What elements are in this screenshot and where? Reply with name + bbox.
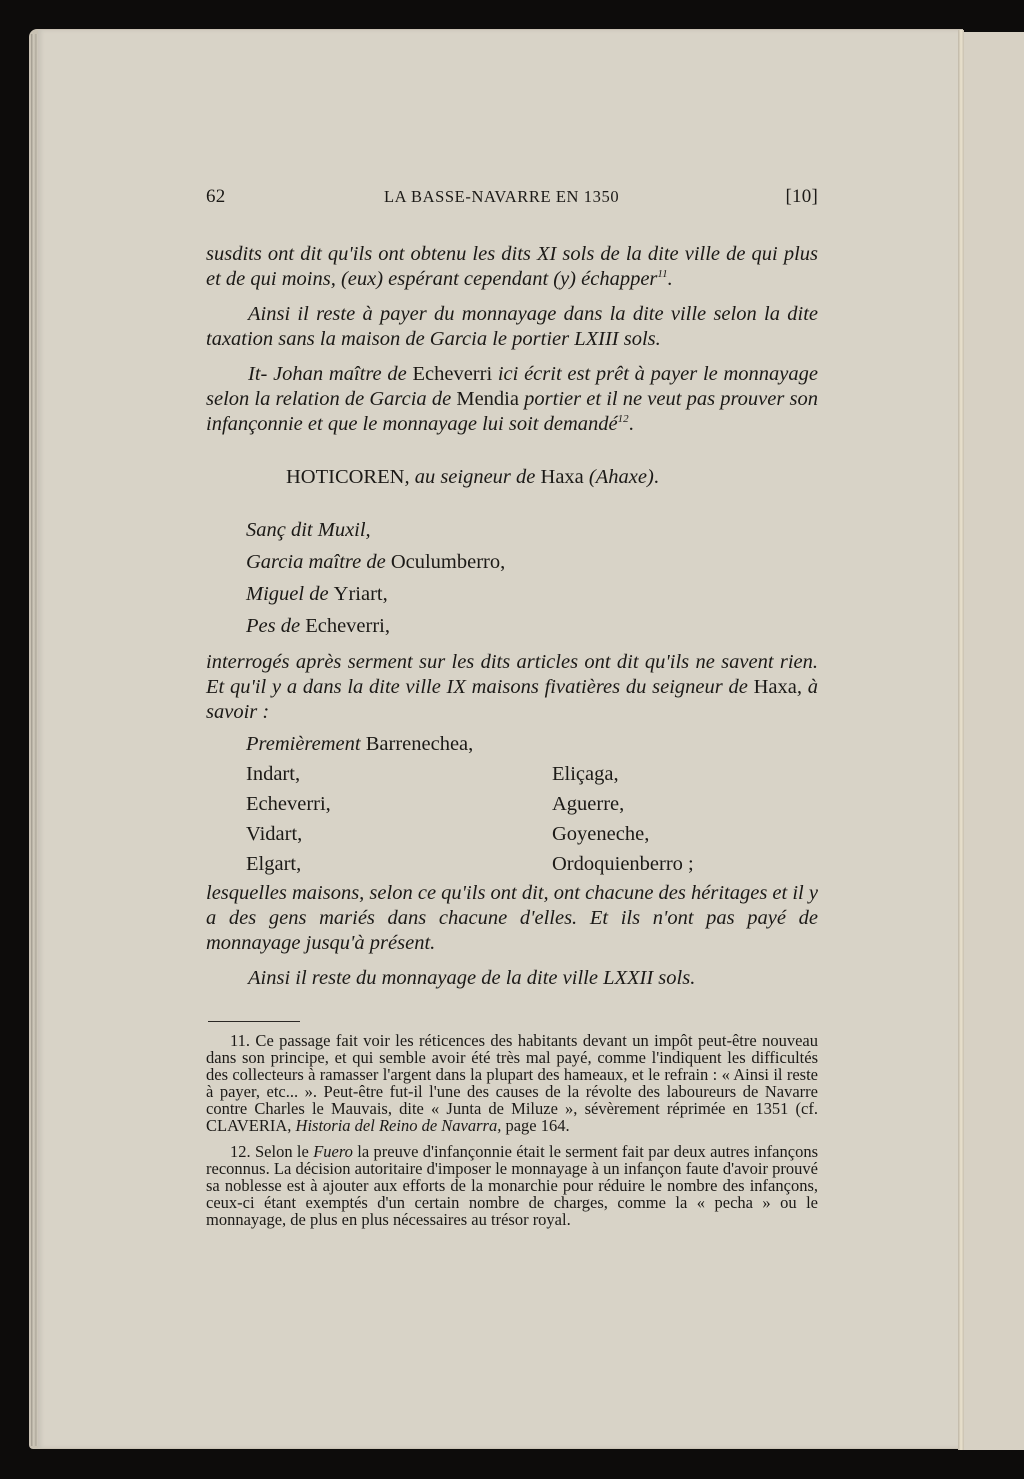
witness-place: Oculumberro, — [391, 551, 505, 573]
paragraph-1: susdits ont dit qu'ils ont obtenu les di… — [206, 242, 818, 292]
witness-item: Pes de Echeverri, — [246, 610, 818, 642]
page-content: 62 LA BASSE-NAVARRE EN 1350 [10] susdits… — [206, 186, 818, 1237]
house-row: Echeverri,Aguerre, — [246, 789, 818, 819]
body-text: susdits ont dit qu'ils ont obtenu les di… — [206, 242, 818, 991]
paragraph-2: Ainsi il reste à payer du monnayage dans… — [206, 302, 818, 352]
house-row: Indart,Eliçaga, — [246, 759, 818, 789]
witness-place: Echeverri, — [305, 615, 390, 637]
house-name: Barrenechea, — [366, 729, 474, 759]
page-edge — [31, 34, 38, 1446]
footnote-text: page 164. — [501, 1116, 569, 1135]
house-label: Premièrement — [246, 729, 361, 759]
facing-page — [964, 32, 1024, 1450]
section-heading: HOTICOREN, au seigneur de Haxa (Ahaxe). — [206, 465, 818, 490]
witness-name: Miguel de — [246, 583, 334, 605]
place-name: Haxa — [754, 676, 797, 698]
page-number: 62 — [206, 186, 225, 208]
section-lord: Haxa — [541, 466, 584, 488]
witness-list: Sanç dit Muxil, Garcia maître de Oculumb… — [206, 514, 818, 642]
running-title: LA BASSE-NAVARRE EN 1350 — [384, 187, 619, 207]
section-place: HOTICOREN — [286, 466, 404, 488]
witness-item: Sanç dit Muxil, — [246, 514, 818, 546]
footnotes: 11. Ce passage fait voir les réticences … — [206, 1032, 818, 1228]
witness-name: Sanç dit Muxil, — [246, 519, 371, 541]
house-row: Vidart,Goyeneche, — [246, 819, 818, 849]
place-name: Echeverri — [412, 363, 492, 385]
house-name: Ordoquienberro ; — [552, 849, 694, 879]
house-list: Premièrement Barrenechea, Indart,Eliçaga… — [206, 729, 818, 879]
house-name: Echeverri, — [246, 789, 552, 819]
witness-name: Pes de — [246, 615, 305, 637]
section-text: , au seigneur de — [404, 466, 540, 488]
section-text: (Ahaxe) — [584, 466, 654, 488]
footnote-citation: Historia del Reino de Navarra, — [296, 1116, 502, 1135]
place-name: Mendia — [456, 388, 519, 410]
section-marker: [10] — [786, 186, 818, 208]
punctuation: . — [668, 268, 673, 290]
paragraph-4: interrogés après serment sur les dits ar… — [206, 650, 818, 725]
paragraph-6: Ainsi il reste du monnayage de la dite v… — [206, 966, 818, 991]
footnote-12: 12. Selon le Fuero la preuve d'infançonn… — [206, 1143, 818, 1228]
witness-item: Garcia maître de Oculumberro, — [246, 546, 818, 578]
paragraph-5: lesquelles maisons, selon ce qu'ils ont … — [206, 881, 818, 956]
footnote-ref-11[interactable]: 11 — [657, 268, 667, 280]
punctuation: . — [629, 413, 634, 435]
running-head: 62 LA BASSE-NAVARRE EN 1350 [10] — [206, 186, 818, 216]
house-row: Elgart,Ordoquienberro ; — [246, 849, 818, 879]
house-row: Premièrement Barrenechea, — [246, 729, 818, 759]
witness-item: Miguel de Yriart, — [246, 578, 818, 610]
paragraph-3: It- Johan maître de Echeverri ici écrit … — [206, 362, 818, 437]
footnote-ref-12[interactable]: 12 — [618, 413, 629, 425]
punctuation: . — [654, 466, 659, 488]
footnote-11: 11. Ce passage fait voir les réticences … — [206, 1032, 818, 1134]
house-name: Aguerre, — [552, 789, 624, 819]
witness-place: Yriart, — [334, 583, 388, 605]
house-name: Goyeneche, — [552, 819, 649, 849]
house-name: Vidart, — [246, 819, 552, 849]
witness-name: Garcia maître de — [246, 551, 391, 573]
paragraph-text: It- Johan maître de — [248, 363, 412, 385]
house-name: Indart, — [246, 759, 552, 789]
footnote-separator — [208, 1021, 300, 1022]
paragraph-text: susdits ont dit qu'ils ont obtenu les di… — [206, 243, 818, 290]
house-name: Eliçaga, — [552, 759, 619, 789]
house-name: Elgart, — [246, 849, 552, 879]
paragraph-text: interrogés après serment sur les dits ar… — [206, 651, 818, 698]
